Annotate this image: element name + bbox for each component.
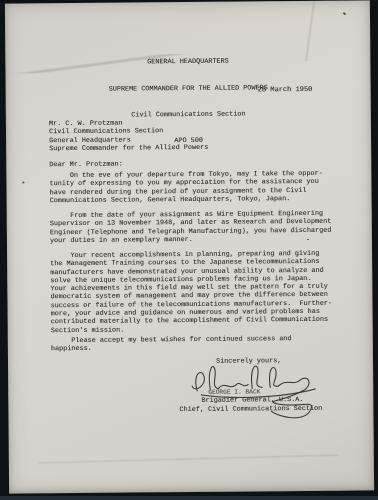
handwritten-signature xyxy=(181,359,332,424)
body-paragraph-3: Your recent accomplishments in planning,… xyxy=(50,250,332,335)
letterhead-line-1: GENERAL HEADQUARTERS xyxy=(5,57,370,69)
letter-paper: GENERAL HEADQUARTERS SUPREME COMMANDER F… xyxy=(5,0,374,493)
paper-speck xyxy=(343,12,347,15)
body-paragraph-2: From the date of your assignment as Wire… xyxy=(50,210,332,246)
signer-office: Chief, Civil Communications Section xyxy=(179,405,322,415)
body-paragraph-4: Please accept my best wishes for continu… xyxy=(51,335,292,354)
salutation: Dear Mr. Protzman: xyxy=(49,161,122,170)
letterhead-line-2: SUPREME COMMANDER FOR THE ALLIED POWERS xyxy=(6,83,371,95)
signer-title: Brigadier General, U.S.A. xyxy=(201,396,303,405)
body-paragraph-1: On the eve of your departure from Tokyo,… xyxy=(49,170,323,206)
paper-speck xyxy=(22,181,24,183)
paper-crease xyxy=(39,453,339,466)
recipient-address: Mr. C. W. Protzman Civil Communications … xyxy=(49,119,208,154)
letter-date: 28 March 1950 xyxy=(258,86,313,95)
scanned-letter: GENERAL HEADQUARTERS SUPREME COMMANDER F… xyxy=(0,0,378,500)
scan-bottom-edge xyxy=(0,496,378,500)
